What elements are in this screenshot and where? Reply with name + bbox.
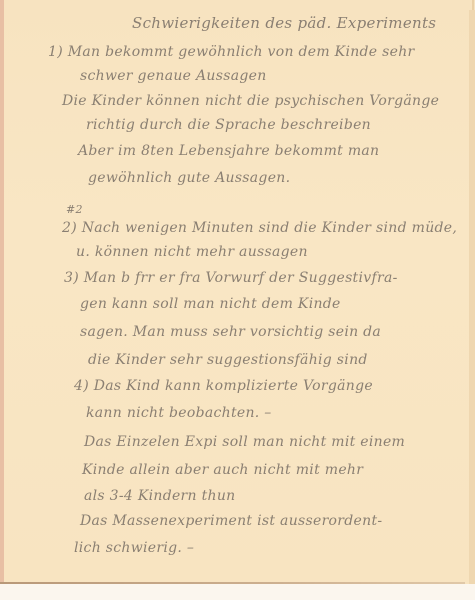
text-line-5: Aber im 8ten Lebensjahre bekommt man bbox=[78, 143, 379, 159]
text-line-18: Das Massenexperiment ist ausserordent- bbox=[80, 513, 382, 529]
text-line-13: 4) Das Kind kann komplizierte Vorgänge bbox=[74, 378, 373, 394]
text-line-10: gen kann soll man nicht dem Kinde bbox=[80, 296, 341, 312]
text-line-3: Die Kinder können nicht die psychischen … bbox=[62, 93, 439, 109]
page-right-edge bbox=[469, 10, 475, 585]
page-title: Schwierigkeiten des päd. Experiments bbox=[132, 14, 436, 32]
text-line-15: Das Einzelen Expi soll man nicht mit ein… bbox=[84, 434, 405, 450]
text-line-2: schwer genaue Aussagen bbox=[80, 68, 267, 84]
text-line-19: lich schwierig. – bbox=[74, 540, 194, 556]
text-line-12: die Kinder sehr suggestionsfähig sind bbox=[88, 352, 368, 368]
notebook-page: Schwierigkeiten des päd. Experiments 1) … bbox=[4, 0, 474, 584]
text-line-6: gewöhnlich gute Aussagen. bbox=[88, 170, 290, 186]
text-line-9: 3) Man b frr er fra Vorwurf der Suggesti… bbox=[64, 270, 398, 286]
text-line-8: u. können nicht mehr aussagen bbox=[76, 244, 308, 260]
text-line-16: Kinde allein aber auch nicht mit mehr bbox=[82, 462, 363, 478]
text-line-11: sagen. Man muss sehr vorsichtig sein da bbox=[80, 324, 381, 340]
text-line-9-content: 3) Man b frr er fra Vorwurf der Suggesti… bbox=[64, 270, 398, 286]
text-line-1: 1) Man bekommt gewöhnlich von dem Kinde … bbox=[48, 44, 415, 60]
text-line-4: richtig durch die Sprache beschreiben bbox=[86, 117, 371, 133]
text-line-5-content: Aber im 8ten Lebensjahre bekommt man bbox=[78, 143, 379, 159]
text-line-14: kann nicht beobachten. – bbox=[86, 405, 272, 421]
scan-bottom-margin bbox=[0, 584, 475, 600]
text-line-7: 2) Nach wenigen Minuten sind die Kinder … bbox=[62, 220, 457, 236]
text-line-17: als 3-4 Kindern thun bbox=[84, 488, 236, 504]
margin-mark: #2 bbox=[66, 203, 83, 216]
